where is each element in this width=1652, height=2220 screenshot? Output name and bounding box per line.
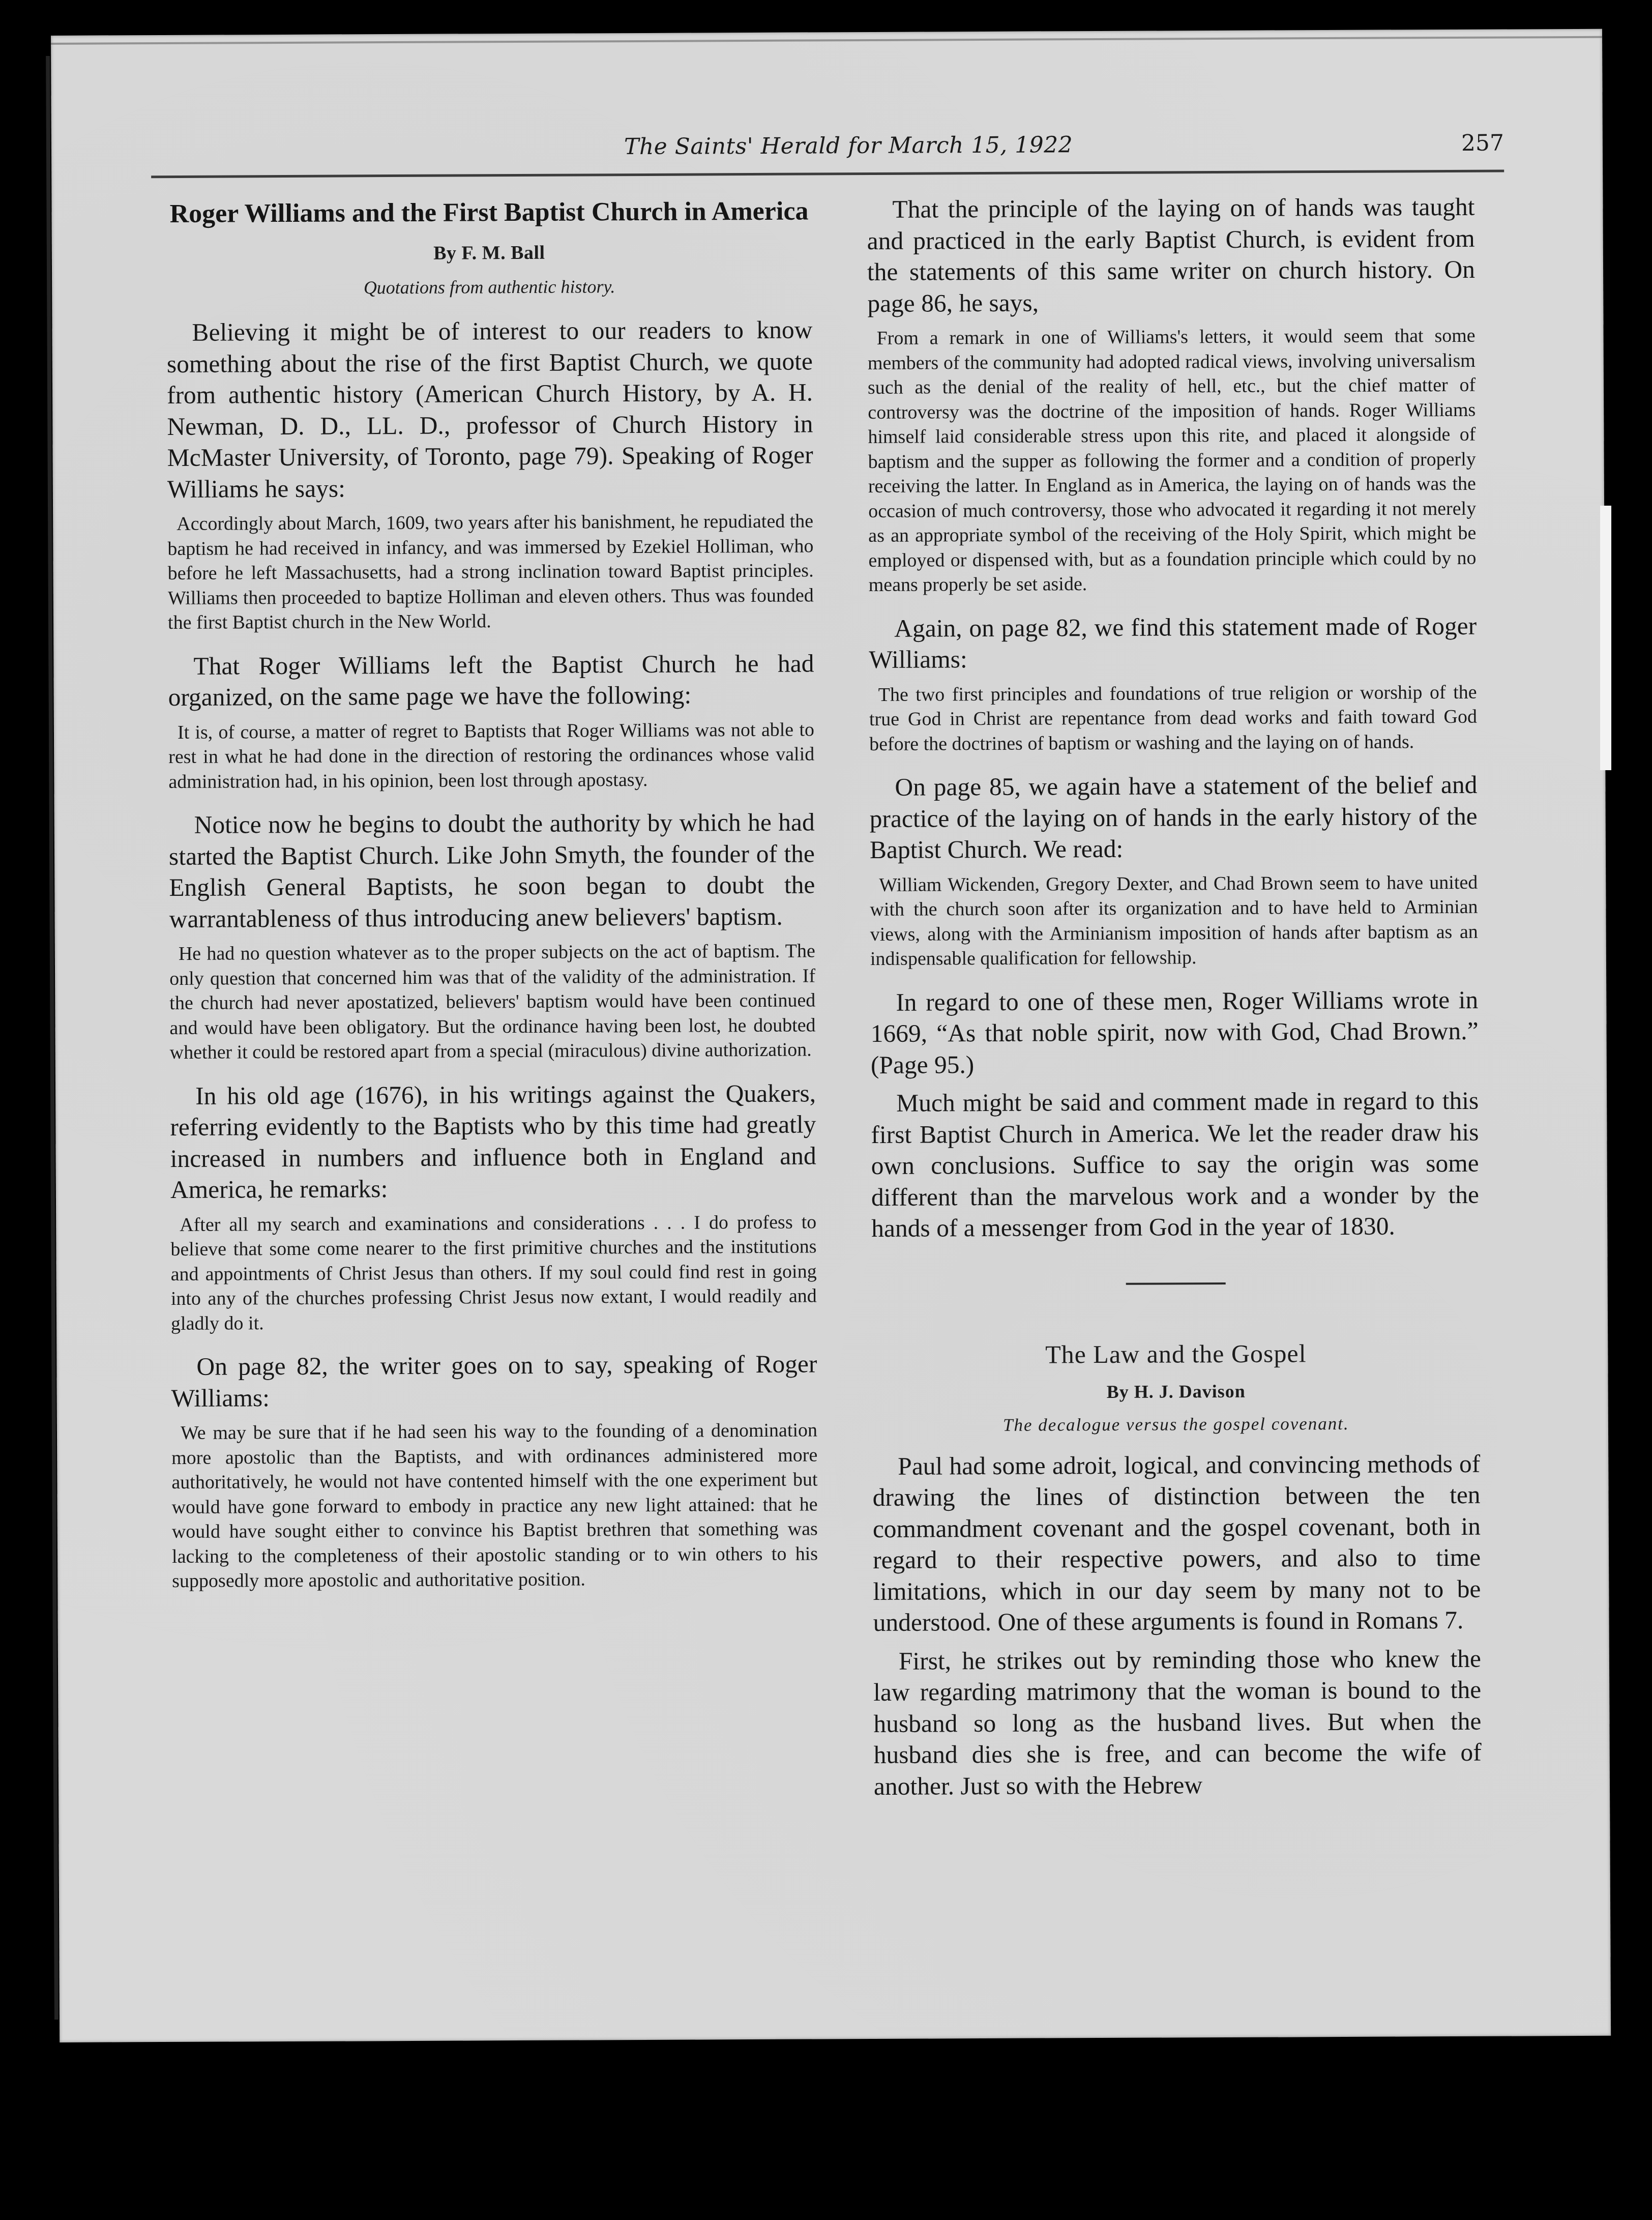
block-quote: Accordingly about March, 1609, two years…	[167, 509, 814, 635]
block-quote: William Wickenden, Gregory Dexter, and C…	[870, 870, 1478, 971]
body-paragraph: In regard to one of these men, Roger Wil…	[870, 984, 1479, 1080]
article-byline: By F. M. Ball	[166, 239, 812, 267]
body-paragraph: Notice now he begins to doubt the author…	[169, 806, 815, 934]
block-quote: It is, of course, a matter of regret to …	[168, 717, 815, 794]
article2-subtitle: The decalogue versus the gospel covenant…	[872, 1411, 1480, 1437]
page-left-edge	[46, 56, 58, 2020]
right-column-text: That the principle of the laying on of h…	[867, 191, 1479, 1244]
right-column: That the principle of the laying on of h…	[867, 191, 1482, 1809]
article2-text: Paul had some adroit, logical, and convi…	[872, 1448, 1482, 1802]
body-paragraph: Again, on page 82, we find this statemen…	[869, 610, 1477, 675]
body-paragraph: Believing it might be of interest to our…	[166, 314, 813, 505]
article2-byline: By H. J. Davison	[872, 1378, 1480, 1405]
body-paragraph: On page 85, we again have a statement of…	[869, 769, 1478, 866]
body-paragraph: First, he strikes out by reminding those…	[873, 1643, 1482, 1802]
section-divider	[1126, 1282, 1225, 1284]
body-paragraph: On page 82, the writer goes on to say, s…	[171, 1348, 817, 1414]
left-column-text: Believing it might be of interest to our…	[166, 314, 818, 1593]
left-column: Roger Williams and the First Baptist Chu…	[166, 194, 818, 1609]
block-quote: After all my search and examinations and…	[170, 1210, 817, 1336]
body-paragraph: In his old age (1676), in his writings a…	[170, 1077, 816, 1206]
block-quote: We may be sure that if he had seen his w…	[171, 1418, 818, 1593]
page-edge-tab	[1600, 506, 1611, 770]
article-title: Roger Williams and the First Baptist Chu…	[166, 194, 812, 231]
running-header: The Saints' Herald for March 15, 1922 25…	[151, 130, 1504, 177]
block-quote: He had no question whatever as to the pr…	[169, 939, 816, 1065]
page-top-edge	[51, 36, 1602, 45]
article2-title: The Law and the Gospel	[872, 1336, 1480, 1371]
page-number: 257	[1461, 130, 1504, 156]
body-paragraph: That the principle of the laying on of h…	[867, 191, 1475, 319]
article-subtitle: Quotations from authentic history.	[166, 273, 812, 301]
running-title: The Saints' Herald for March 15, 1922	[624, 132, 1073, 160]
block-quote: From a remark in one of Williams's lette…	[868, 324, 1477, 598]
magazine-page: The Saints' Herald for March 15, 1922 25…	[51, 29, 1611, 2042]
block-quote: The two first principles and foundations…	[869, 680, 1478, 756]
body-paragraph: Much might be said and comment made in r…	[871, 1085, 1479, 1244]
body-paragraph: Paul had some adroit, logical, and convi…	[872, 1448, 1481, 1638]
body-paragraph: That Roger Williams left the Baptist Chu…	[168, 648, 814, 713]
